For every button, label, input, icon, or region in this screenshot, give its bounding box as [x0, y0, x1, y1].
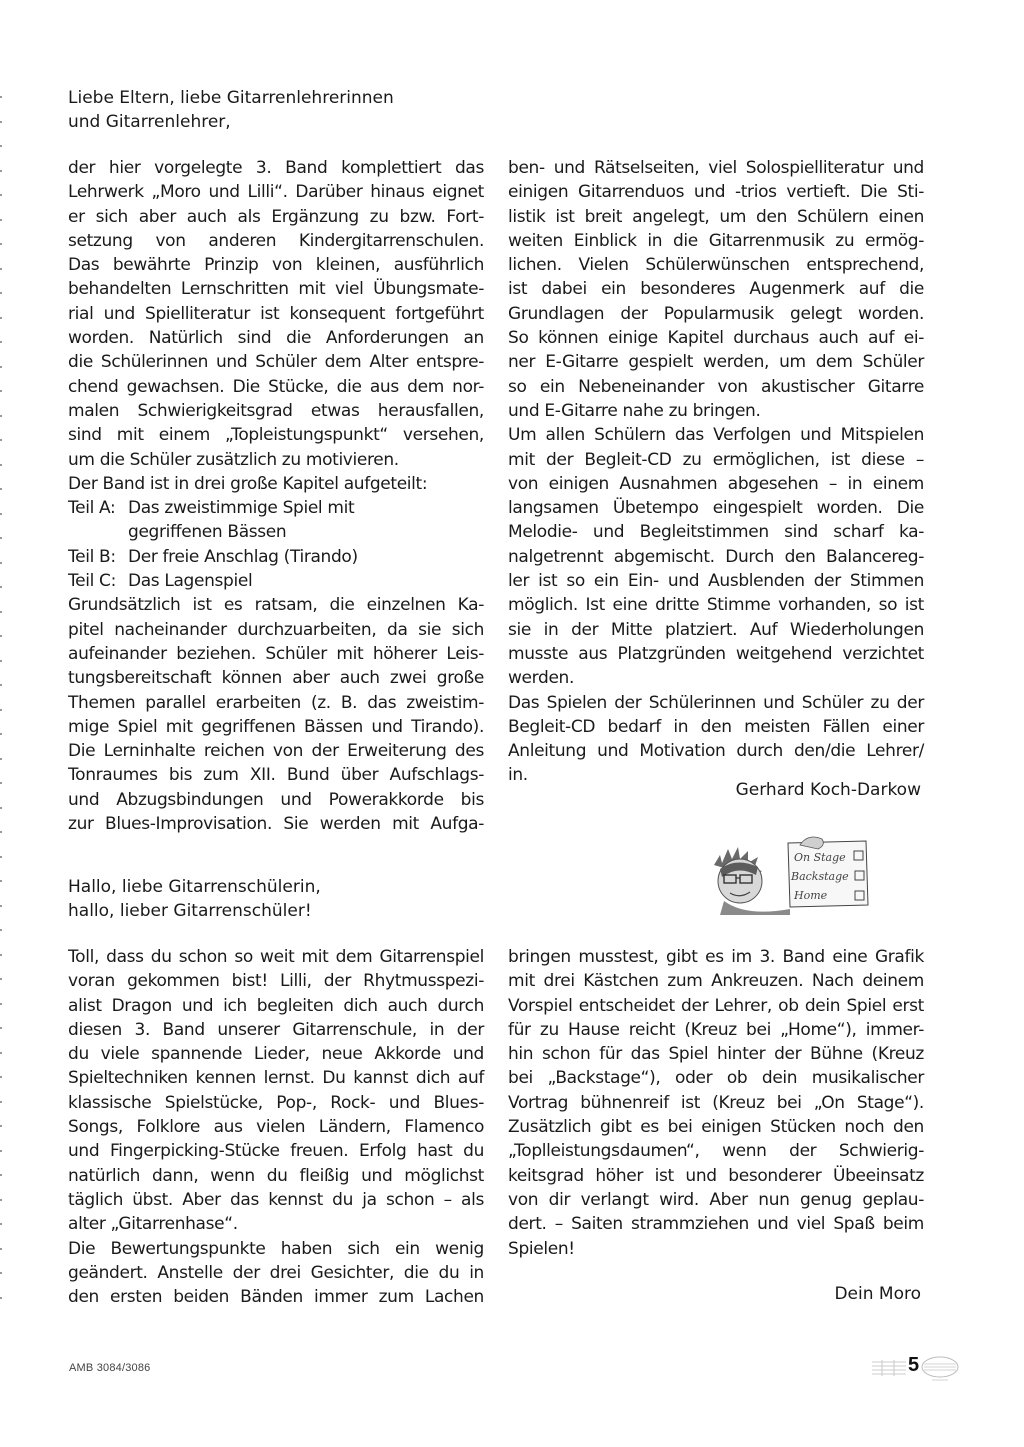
margin-dot — [0, 856, 2, 858]
margin-dot — [0, 978, 2, 980]
text-line: dert. – Saiten strammziehen und viel Spa… — [508, 1212, 924, 1236]
text-line: Vorspiel entscheidet der Lehrer, ob dein… — [508, 994, 924, 1018]
margin-dot — [0, 1223, 2, 1225]
margin-dot — [0, 1076, 2, 1078]
text-line: aufeinander beziehen. Schüler mit höhere… — [68, 642, 484, 666]
signature-author: Gerhard Koch-Darkow — [736, 780, 921, 800]
chapter-part-title: gegriffenen Bässen — [128, 520, 286, 544]
margin-dot — [0, 1027, 2, 1029]
text-line: und E-Gitarre nahe zu bringen. — [508, 399, 924, 423]
sign-item: Home — [793, 889, 828, 902]
margin-dot — [0, 586, 2, 588]
margin-dot — [0, 121, 2, 123]
margin-dot — [0, 1150, 2, 1152]
text-line: worden. Natürlich sind die Anforderungen… — [68, 326, 484, 350]
text-line: tungsbereitschaft können aber auch zwei … — [68, 666, 484, 690]
sign-item: On Stage — [794, 851, 846, 864]
margin-dot — [0, 709, 2, 711]
greeting-line: hallo, lieber Gitarrenschüler! — [68, 899, 321, 923]
margin-dot — [0, 1003, 2, 1005]
text-line: Der Band ist in drei große Kapitel aufge… — [68, 472, 484, 496]
text-line: nalgetrennt abgemischt. Durch den Balanc… — [508, 545, 924, 569]
greeting-line: und Gitarrenlehrer, — [68, 110, 394, 134]
margin-dot — [0, 513, 2, 515]
margin-dot — [0, 243, 2, 245]
margin-dot — [0, 782, 2, 784]
margin-dot — [0, 611, 2, 613]
text-line: die Schülerinnen und Schüler dem Alter e… — [68, 350, 484, 374]
text-line: für zu Hause reicht (Kreuz bei „Home“), … — [508, 1018, 924, 1042]
text-line: ist dabei ein besonderes Augenmerk auf d… — [508, 277, 924, 301]
text-line: werden. — [508, 666, 924, 690]
text-line: den ersten beiden Bänden immer zum Lache… — [68, 1285, 484, 1309]
text-line: mige Spiel mit gegriffenen Bässen und Ti… — [68, 715, 484, 739]
page-number-badge: 5 — [870, 1352, 962, 1384]
text-line: du viele spannende Lieder, neue Akkorde … — [68, 1042, 484, 1066]
signature-moro: Dein Moro — [834, 1284, 921, 1304]
text-line: und Fingerpicking-Stücke freuen. Erfolg … — [68, 1139, 484, 1163]
margin-dot — [0, 390, 2, 392]
text-line: weiten Einblick in die Gitarrenmusik zu … — [508, 229, 924, 253]
margin-dot — [0, 660, 2, 662]
text-line: ler ist so ein Ein- und Ausblenden der S… — [508, 569, 924, 593]
text-line: chend gewachsen. Die Stücke, die aus dem… — [68, 375, 484, 399]
document-page: Liebe Eltern, liebe Gitarrenlehrerinnen … — [0, 0, 1024, 1447]
text-line: langsamen Übetempo eingespielt worden. D… — [508, 496, 924, 520]
margin-dot — [0, 1248, 2, 1250]
chapter-part: Teil B:Der freie Anschlag (Tirando) — [68, 545, 484, 569]
margin-dot — [0, 317, 2, 319]
text-line: alter „Gitarrenhase“. — [68, 1212, 484, 1236]
chapter-part-title: Das zweistimmige Spiel mit — [128, 496, 354, 520]
margin-dot — [0, 268, 2, 270]
margin-dot — [0, 954, 2, 956]
text-line: ner E-Gitarre gespielt werden, um dem Sc… — [508, 350, 924, 374]
margin-dot — [0, 537, 2, 539]
moro-character-icon — [714, 847, 790, 915]
text-line: behandelten Lernschritten mit viel Übung… — [68, 277, 484, 301]
text-line: der hier vorgelegte 3. Band komplettiert… — [68, 156, 484, 180]
margin-dot — [0, 366, 2, 368]
margin-dot — [0, 1052, 2, 1054]
chapter-part: Teil C:Das Lagenspiel — [68, 569, 484, 593]
moro-sign-illustration: On Stage Backstage Home — [706, 835, 876, 915]
margin-dot — [0, 488, 2, 490]
text-line: Die Lerninhalte reichen von der Erweiter… — [68, 739, 484, 763]
text-line: listik ist breit angelegt, um den Schüle… — [508, 205, 924, 229]
intro-left-column: der hier vorgelegte 3. Band komplettiert… — [68, 156, 484, 836]
intro-right-column: ben- und Rätselseiten, viel Solospiellit… — [508, 156, 924, 788]
text-line: von einigen Ausnahmen abgesehen – in ein… — [508, 472, 924, 496]
text-line: zur Blues-Improvisation. Sie werden mit … — [68, 812, 484, 836]
text-line: geändert. Anstelle der drei Gesichter, d… — [68, 1261, 484, 1285]
text-line: alist Dragon und ich begleiten dich auch… — [68, 994, 484, 1018]
text-line: mit der Begleit-CD zu ermöglichen, ist d… — [508, 448, 924, 472]
chapter-part-key: Teil B: — [68, 545, 128, 569]
margin-dot — [0, 341, 2, 343]
students-left-column: Toll, dass du schon so weit mit dem Gita… — [68, 945, 484, 1309]
text-line: sind mit einem „Topleistungspunkt“ verse… — [68, 423, 484, 447]
text-line: Melodie- und Begleitstimmen sind scharf … — [508, 520, 924, 544]
text-line: diesen 3. Band unserer Gitarrenschule, i… — [68, 1018, 484, 1042]
margin-dot — [0, 219, 2, 221]
text-line: lichen. Vielen Schülerwünschen entsprech… — [508, 253, 924, 277]
text-line: mit drei Kästchen zum Ankreuzen. Nach de… — [508, 969, 924, 993]
margin-dot — [0, 562, 2, 564]
text-line: Begleit-CD bedarf in den meisten Fällen … — [508, 715, 924, 739]
text-line: Grundsätzlich ist es ratsam, die einzeln… — [68, 593, 484, 617]
text-line: „Toplleistungsdaumen“, wenn der Schwieri… — [508, 1139, 924, 1163]
margin-dot — [0, 1101, 2, 1103]
text-line: er sich aber auch als Ergänzung zu bzw. … — [68, 205, 484, 229]
margin-dot — [0, 684, 2, 686]
page-number: 5 — [908, 1354, 919, 1377]
text-line: ben- und Rätselseiten, viel Solospiellit… — [508, 156, 924, 180]
text-line: so ein Nebeneinander von akustischer Git… — [508, 375, 924, 399]
margin-dot — [0, 170, 2, 172]
greeting-line: Hallo, liebe Gitarrenschülerin, — [68, 875, 321, 899]
text-line: klassische Spielstücke, Pop-, Rock- und … — [68, 1091, 484, 1115]
text-line: Zusätzlich gibt es bei einigen Stücken n… — [508, 1115, 924, 1139]
text-line: setzung von anderen Kindergitarrenschule… — [68, 229, 484, 253]
chapter-part: gegriffenen Bässen — [68, 520, 484, 544]
greeting-line: Liebe Eltern, liebe Gitarrenlehrerinnen — [68, 86, 394, 110]
margin-dot — [0, 96, 2, 98]
margin-dot — [0, 194, 2, 196]
catalog-code: AMB 3084/3086 — [69, 1362, 151, 1374]
text-line: musste aus Platzgründen weitgehend verzi… — [508, 642, 924, 666]
margin-dot — [0, 1174, 2, 1176]
margin-dot — [0, 1297, 2, 1299]
margin-dot — [0, 635, 2, 637]
students-right-column: bringen musstest, gibt es im 3. Band ein… — [508, 945, 924, 1261]
text-line: Die Bewertungspunkte haben sich ein weni… — [68, 1237, 484, 1261]
margin-dot — [0, 758, 2, 760]
margin-dot — [0, 929, 2, 931]
text-line: Das Spielen der Schülerinnen und Schüler… — [508, 691, 924, 715]
sign-board: On Stage Backstage Home — [788, 837, 868, 907]
margin-dot — [0, 880, 2, 882]
margin-dot — [0, 292, 2, 294]
margin-dot — [0, 1125, 2, 1127]
text-line: Spieltechniken kennen lernst. Du kannst … — [68, 1066, 484, 1090]
text-line: bei „Backstage“), oder ob dein musikalis… — [508, 1066, 924, 1090]
chapter-part-key: Teil C: — [68, 569, 128, 593]
text-line: pitel nacheinander durchzuarbeiten, da s… — [68, 618, 484, 642]
chapter-part-key — [68, 520, 128, 544]
text-line: natürlich dann, wenn du fleißig und mögl… — [68, 1164, 484, 1188]
text-line: keitsgrad höher ist und besonderer Übeei… — [508, 1164, 924, 1188]
text-line: hin schon für das Spiel hinter der Bühne… — [508, 1042, 924, 1066]
text-line: Themen parallel erarbeiten (z. B. das zw… — [68, 691, 484, 715]
text-line: möglich. Ist eine dritte Stimme vorhande… — [508, 593, 924, 617]
margin-dot — [0, 831, 2, 833]
text-line: und Abzugsbindungen und Powerakkorde bis — [68, 788, 484, 812]
margin-dot — [0, 415, 2, 417]
text-line: Das bewährte Prinzip von kleinen, ausfüh… — [68, 253, 484, 277]
chapter-part: Teil A:Das zweistimmige Spiel mit — [68, 496, 484, 520]
text-line: So können einige Kapitel durchaus auch a… — [508, 326, 924, 350]
margin-dot — [0, 1272, 2, 1274]
text-line: Um allen Schülern das Verfolgen und Mits… — [508, 423, 924, 447]
text-line: täglich übst. Aber das kennst du ja scho… — [68, 1188, 484, 1212]
margin-dots — [0, 96, 6, 1326]
text-line: bringen musstest, gibt es im 3. Band ein… — [508, 945, 924, 969]
text-line: Spielen! — [508, 1237, 924, 1261]
greeting-students: Hallo, liebe Gitarrenschülerin, hallo, l… — [68, 875, 321, 924]
text-line: Vortrag bühnenreif ist (Kreuz bei „On St… — [508, 1091, 924, 1115]
greeting-parents: Liebe Eltern, liebe Gitarrenlehrerinnen … — [68, 86, 394, 135]
chapter-part-title: Der freie Anschlag (Tirando) — [128, 545, 358, 569]
chapter-part-title: Das Lagenspiel — [128, 569, 252, 593]
text-line: rial und Spielliteratur ist konsequent f… — [68, 302, 484, 326]
text-line: Lehrwerk „Moro und Lilli“. Darüber hinau… — [68, 180, 484, 204]
margin-dot — [0, 439, 2, 441]
text-line: Grundlagen der Popularmusik gelegt worde… — [508, 302, 924, 326]
margin-dot — [0, 145, 2, 147]
chapter-part-key: Teil A: — [68, 496, 128, 520]
text-line: Songs, Folklore aus vielen Ländern, Flam… — [68, 1115, 484, 1139]
text-line: einigen Gitarrenduos und -trios vertieft… — [508, 180, 924, 204]
margin-dot — [0, 733, 2, 735]
text-line: von dir verlangt wird. Aber nun genug ge… — [508, 1188, 924, 1212]
text-line: Anleitung und Motivation durch den/die L… — [508, 739, 924, 763]
margin-dot — [0, 1199, 2, 1201]
text-line: voran gekommen bist! Lilli, der Rhytmuss… — [68, 969, 484, 993]
margin-dot — [0, 807, 2, 809]
text-line: Tonraumes bis zum XII. Bund über Aufschl… — [68, 763, 484, 787]
text-line: sie in der Mitte platziert. Auf Wiederho… — [508, 618, 924, 642]
sign-item: Backstage — [790, 870, 849, 883]
text-line: Toll, dass du schon so weit mit dem Gita… — [68, 945, 484, 969]
margin-dot — [0, 464, 2, 466]
margin-dot — [0, 905, 2, 907]
text-line: malen Schwierigkeitsgrad etwas herausfal… — [68, 399, 484, 423]
text-line: um die Schüler zusätzlich zu motivieren. — [68, 448, 484, 472]
